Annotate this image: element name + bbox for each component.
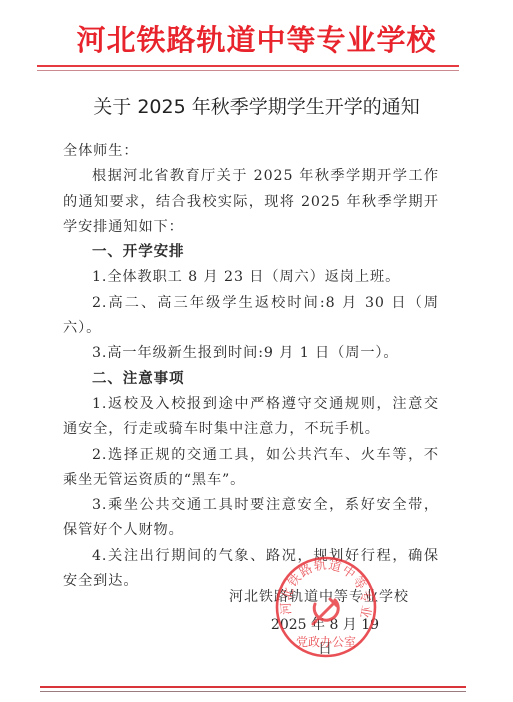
notice-item: 3.乘坐公共交通工具时要注意安全，系好安全带，保管好个人财物。 — [63, 493, 439, 544]
notice-item: 1.返校及入校报到途中严格遵守交通规则，注意交通安全，行走或骑车时集中注意力，不… — [63, 392, 439, 443]
footer-rule-top — [40, 686, 466, 688]
schedule-item: 3.高一年级新生报到时间:9 月 1 日（周一）。 — [63, 341, 439, 366]
salutation: 全体师生： — [63, 139, 439, 164]
document-body: 全体师生： 根据河北省教育厅关于 2025 年秋季学期开学工作的通知要求，结合我… — [63, 139, 439, 594]
header-rule-top — [37, 65, 459, 67]
schedule-item: 2.高二、高三年级学生返校时间:8 月 30 日（周六）。 — [63, 291, 439, 342]
issuer-signature: 河北铁路轨道中等专业学校 — [228, 585, 410, 609]
seal-office-label: 党政办公室 — [288, 633, 364, 651]
intro-paragraph: 根据河北省教育厅关于 2025 年秋季学期开学工作的通知要求，结合我校实际，现将… — [63, 164, 439, 240]
section-heading-notes: 二、注意事项 — [63, 367, 439, 392]
schedule-item: 1.全体教职工 8 月 23 日（周六）返岗上班。 — [63, 265, 439, 290]
notice-item: 2.选择正规的交通工具，如公共汽车、火车等，不乘坐无管运资质的“黑车”。 — [63, 443, 439, 494]
section-heading-schedule: 一、开学安排 — [63, 240, 439, 265]
school-letterhead: 河北铁路轨道中等专业学校 — [0, 22, 513, 58]
header-rule-bottom — [37, 70, 459, 71]
footer-rule-bottom — [40, 691, 466, 692]
document-title: 关于 2025 年秋季学期学生开学的通知 — [0, 94, 513, 120]
